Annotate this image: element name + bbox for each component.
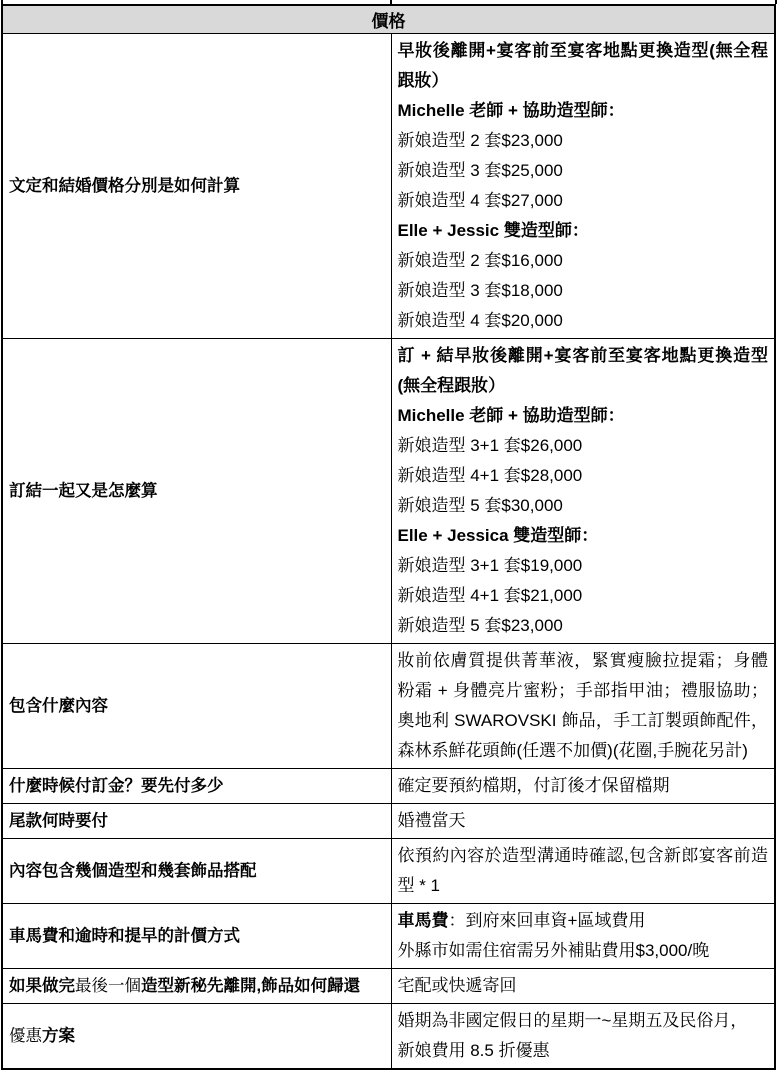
text-segment: 婚禮當天: [398, 811, 466, 830]
answer-line: Elle + Jessica 雙造型師：: [398, 521, 769, 551]
text-segment: 婚期為非國定假日的星期一~星期五及民俗月，: [398, 1011, 748, 1030]
table-header-row: 價格: [2, 5, 775, 34]
answer-line: 外縣市如需住宿需另外補貼費用$3,000/晚: [398, 936, 769, 966]
text-segment: 新娘造型 5 套$23,000: [398, 616, 563, 635]
text-segment: Michelle 老師 + 協助造型師：: [398, 406, 625, 425]
faq-row: 什麼時候付訂金？要先付多少確定要預約檔期，付訂後才保留檔期: [2, 769, 775, 804]
text-segment: 訂結一起又是怎麼算: [9, 482, 158, 500]
answer-line: 新娘造型 2 套$23,000: [398, 126, 769, 156]
answer-line: Michelle 老師 + 協助造型師：: [398, 96, 769, 126]
answer-line: 新娘造型 4+1 套$28,000: [398, 461, 769, 491]
answer-line: 新娘費用 8.5 折優惠: [398, 1036, 769, 1066]
answer-line: 新娘造型 5 套$30,000: [398, 491, 769, 521]
question-cell: 什麼時候付訂金？要先付多少: [2, 769, 391, 804]
faq-row: 車馬費和逾時和提早的計價方式車馬費：到府來回車資+區域費用外縣市如需住宿需另外補…: [2, 904, 775, 969]
cutoff-right-border: [775, 0, 777, 4]
text-segment: 新娘費用 8.5 折優惠: [398, 1041, 550, 1060]
faq-row: 文定和結婚價格分別是如何計算早妝後離開+宴客前至宴客地點更換造型(無全程跟妝）M…: [2, 34, 775, 339]
text-segment: 什麼時候付訂金？要先付多少: [9, 777, 224, 795]
text-segment: 車馬費和逾時和提早的計價方式: [9, 927, 240, 945]
answer-line: 新娘造型 3 套$18,000: [398, 276, 769, 306]
text-segment: 早妝後離開+宴客前至宴客地點更換造型(無全程跟妝）: [398, 41, 769, 90]
answer-line: 妝前依膚質提供菁華液，緊實瘦臉拉提霜；身體粉霜 + 身體亮片蜜粉；手部指甲油；禮…: [398, 646, 769, 766]
answer-cell: 早妝後離開+宴客前至宴客地點更換造型(無全程跟妝）Michelle 老師 + 協…: [391, 34, 775, 339]
price-table: 價格 文定和結婚價格分別是如何計算早妝後離開+宴客前至宴客地點更換造型(無全程跟…: [1, 4, 776, 1070]
faq-row: 尾款何時要付婚禮當天: [2, 804, 775, 839]
answer-line: 宅配或快遞寄回: [398, 971, 769, 1001]
answer-line: 婚期為非國定假日的星期一~星期五及民俗月，: [398, 1006, 769, 1036]
faq-rows: 文定和結婚價格分別是如何計算早妝後離開+宴客前至宴客地點更換造型(無全程跟妝）M…: [2, 34, 775, 1070]
text-segment: 依預約內容於造型溝通時確認,包含新郎宴客前造型 * 1: [398, 846, 769, 895]
answer-line: 早妝後離開+宴客前至宴客地點更換造型(無全程跟妝）: [398, 36, 769, 96]
text-segment: 新娘造型 4+1 套$21,000: [398, 586, 583, 605]
answer-cell: 婚期為非國定假日的星期一~星期五及民俗月，新娘費用 8.5 折優惠: [391, 1004, 775, 1070]
answer-line: 訂 + 結早妝後離開+宴客前至宴客地點更換造型(無全程跟妝）: [398, 341, 769, 401]
question-cell: 內容包含幾個造型和幾套飾品搭配: [2, 839, 391, 904]
answer-line: 新娘造型 3+1 套$26,000: [398, 431, 769, 461]
text-segment: 新娘造型 3+1 套$26,000: [398, 436, 583, 455]
answer-line: Elle + Jessic 雙造型師：: [398, 216, 769, 246]
answer-line: 新娘造型 4 套$20,000: [398, 306, 769, 336]
cutoff-column-divider: [390, 0, 392, 4]
answer-line: 新娘造型 2 套$16,000: [398, 246, 769, 276]
answer-line: 新娘造型 3+1 套$19,000: [398, 551, 769, 581]
answer-line: 車馬費：到府來回車資+區域費用: [398, 906, 769, 936]
question-cell: 如果做完最後一個造型新秘先離開,飾品如何歸還: [2, 969, 391, 1004]
answer-cell: 確定要預約檔期，付訂後才保留檔期: [391, 769, 775, 804]
text-segment: 優惠: [9, 1027, 42, 1045]
answer-line: 新娘造型 5 套$23,000: [398, 611, 769, 641]
faq-row: 優惠方案婚期為非國定假日的星期一~星期五及民俗月，新娘費用 8.5 折優惠: [2, 1004, 775, 1070]
text-segment: 內容包含幾個造型和幾套飾品搭配: [9, 862, 257, 880]
text-segment: 宅配或快遞寄回: [398, 976, 517, 995]
text-segment: 方案: [42, 1027, 75, 1045]
text-segment: 新娘造型 5 套$30,000: [398, 496, 563, 515]
answer-cell: 婚禮當天: [391, 804, 775, 839]
text-segment: 新娘造型 4 套$27,000: [398, 191, 563, 210]
answer-cell: 依預約內容於造型溝通時確認,包含新郎宴客前造型 * 1: [391, 839, 775, 904]
text-segment: 訂 + 結早妝後離開+宴客前至宴客地點更換造型(無全程跟妝）: [398, 346, 769, 395]
faq-row: 內容包含幾個造型和幾套飾品搭配依預約內容於造型溝通時確認,包含新郎宴客前造型 *…: [2, 839, 775, 904]
question-cell: 文定和結婚價格分別是如何計算: [2, 34, 391, 339]
text-segment: 文定和結婚價格分別是如何計算: [9, 177, 240, 195]
text-segment: 新娘造型 4+1 套$28,000: [398, 466, 583, 485]
text-segment: 妝前依膚質提供菁華液，緊實瘦臉拉提霜；身體粉霜 + 身體亮片蜜粉；手部指甲油；禮…: [398, 651, 769, 760]
faq-row: 訂結一起又是怎麼算訂 + 結早妝後離開+宴客前至宴客地點更換造型(無全程跟妝）M…: [2, 339, 775, 644]
table-header: 價格: [2, 5, 775, 34]
text-segment: 最後一個: [75, 977, 141, 995]
question-cell: 包含什麼內容: [2, 644, 391, 769]
answer-line: 婚禮當天: [398, 806, 769, 836]
question-cell: 優惠方案: [2, 1004, 391, 1070]
text-segment: 尾款何時要付: [9, 812, 108, 830]
answer-line: 確定要預約檔期，付訂後才保留檔期: [398, 771, 769, 801]
answer-cell: 訂 + 結早妝後離開+宴客前至宴客地點更換造型(無全程跟妝）Michelle 老…: [391, 339, 775, 644]
answer-line: 新娘造型 4 套$27,000: [398, 186, 769, 216]
text-segment: 新娘造型 3+1 套$19,000: [398, 556, 583, 575]
text-segment: 包含什麼內容: [9, 697, 108, 715]
answer-line: 新娘造型 4+1 套$21,000: [398, 581, 769, 611]
question-cell: 尾款何時要付: [2, 804, 391, 839]
table-cutoff-row: [1, 0, 777, 4]
text-segment: Elle + Jessica 雙造型師：: [398, 526, 599, 545]
question-cell: 訂結一起又是怎麼算: [2, 339, 391, 644]
question-cell: 車馬費和逾時和提早的計價方式: [2, 904, 391, 969]
text-segment: 造型新秘先離開,飾品如何歸還: [141, 977, 360, 995]
text-segment: 確定要預約檔期，付訂後才保留檔期: [398, 776, 670, 795]
answer-line: 新娘造型 3 套$25,000: [398, 156, 769, 186]
faq-row: 包含什麼內容妝前依膚質提供菁華液，緊實瘦臉拉提霜；身體粉霜 + 身體亮片蜜粉；手…: [2, 644, 775, 769]
answer-cell: 車馬費：到府來回車資+區域費用外縣市如需住宿需另外補貼費用$3,000/晚: [391, 904, 775, 969]
answer-line: 依預約內容於造型溝通時確認,包含新郎宴客前造型 * 1: [398, 841, 769, 901]
text-segment: 新娘造型 2 套$23,000: [398, 131, 563, 150]
text-segment: 車馬費: [398, 911, 449, 930]
text-segment: 新娘造型 4 套$20,000: [398, 311, 563, 330]
cutoff-left-border: [1, 0, 3, 4]
faq-row: 如果做完最後一個造型新秘先離開,飾品如何歸還宅配或快遞寄回: [2, 969, 775, 1004]
text-segment: Michelle 老師 + 協助造型師：: [398, 101, 625, 120]
text-segment: ：到府來回車資+區域費用: [449, 911, 646, 930]
text-segment: Elle + Jessic 雙造型師：: [398, 221, 589, 240]
document-page: 價格 文定和結婚價格分別是如何計算早妝後離開+宴客前至宴客地點更換造型(無全程跟…: [0, 0, 780, 1070]
text-segment: 新娘造型 3 套$25,000: [398, 161, 563, 180]
text-segment: 新娘造型 3 套$18,000: [398, 281, 563, 300]
answer-cell: 妝前依膚質提供菁華液，緊實瘦臉拉提霜；身體粉霜 + 身體亮片蜜粉；手部指甲油；禮…: [391, 644, 775, 769]
answer-cell: 宅配或快遞寄回: [391, 969, 775, 1004]
text-segment: 外縣市如需住宿需另外補貼費用$3,000/晚: [398, 941, 710, 960]
answer-line: Michelle 老師 + 協助造型師：: [398, 401, 769, 431]
text-segment: 新娘造型 2 套$16,000: [398, 251, 563, 270]
text-segment: 如果做完: [9, 977, 75, 995]
